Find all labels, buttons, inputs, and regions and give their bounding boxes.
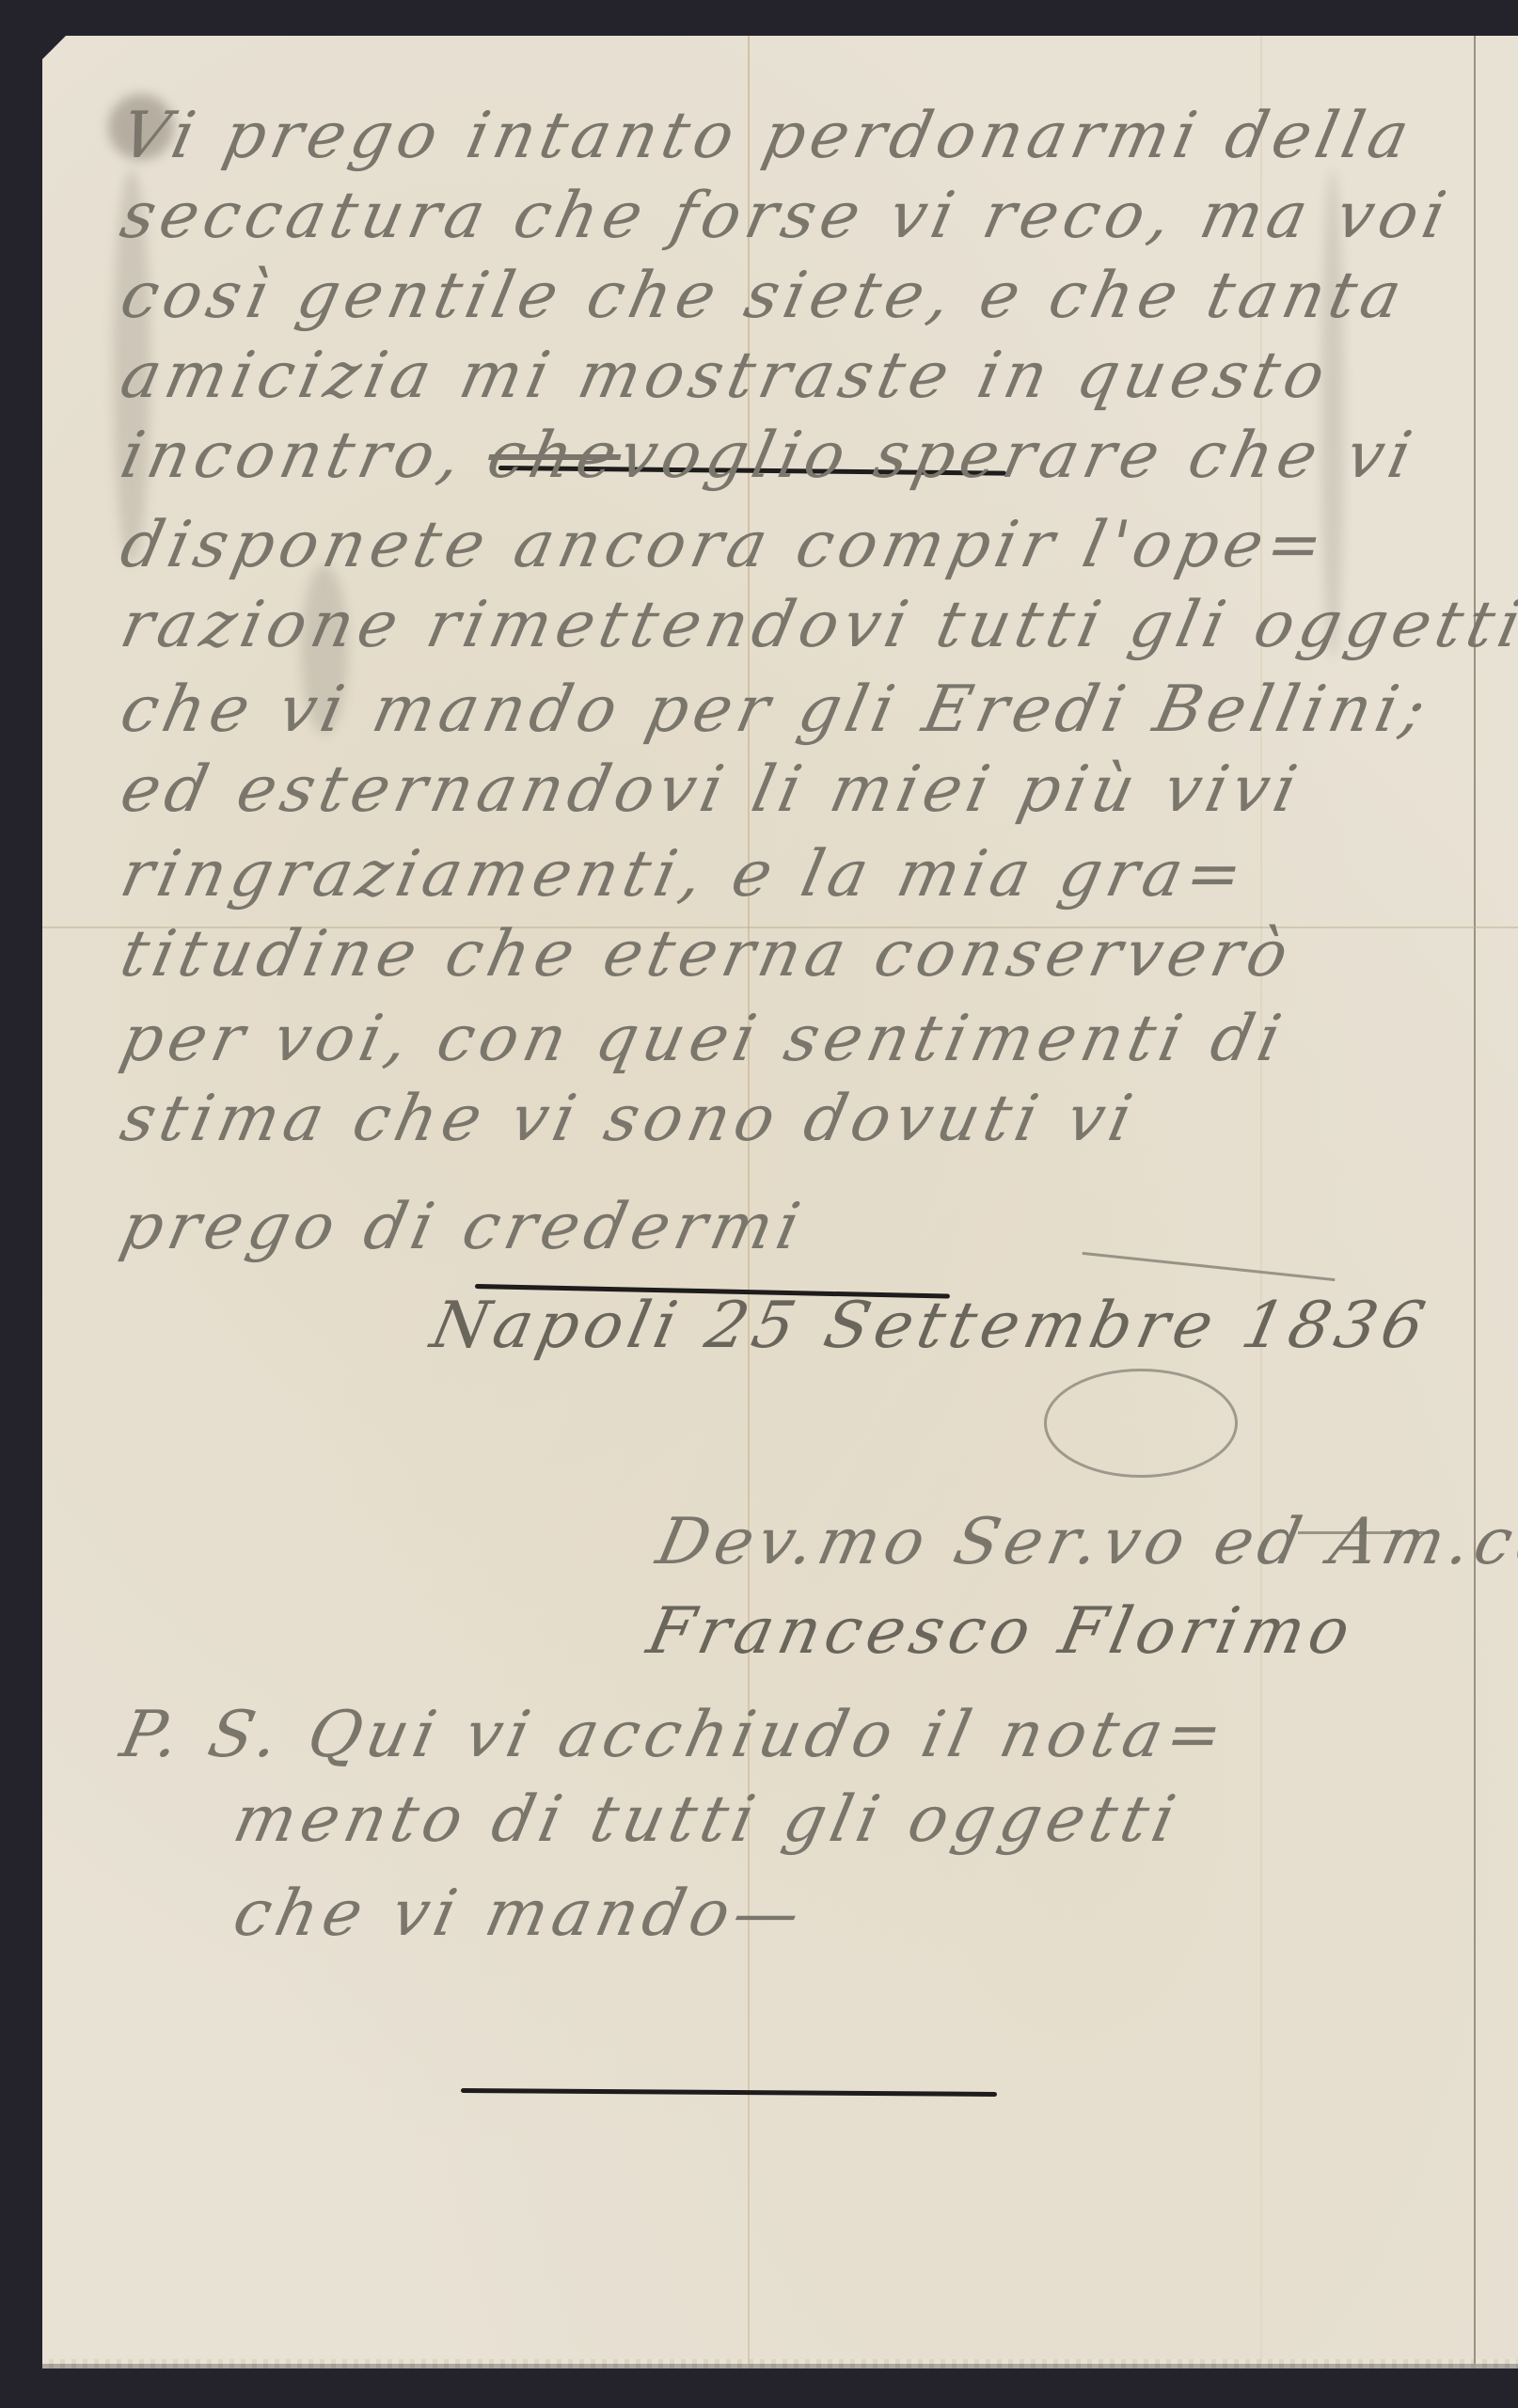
body-line-1: Vi prego intanto perdonarmi della	[115, 99, 1421, 173]
signature: Francesco Florimo	[641, 1594, 1362, 1669]
body-line-6: disponete ancora compir l'ope=	[115, 508, 1336, 582]
paper-torn-bottom-edge	[42, 2359, 1518, 2368]
adjacent-page-edge	[1474, 36, 1476, 2364]
postscript-line-3: che vi mando—	[228, 1877, 813, 1951]
body-line-7: razione rimettendovi tutti gli oggetti	[115, 588, 1518, 662]
postscript-line-1: P. S. Qui vi acchiudo il nota=	[115, 1698, 1235, 1772]
body-line-11: titudine che eterna conserverò	[115, 917, 1300, 991]
struck-word: che	[482, 419, 629, 493]
postscript-line-2: mento di tutti gli oggetti	[228, 1782, 1188, 1857]
date-flourish	[1044, 1369, 1238, 1478]
body-line-13: stima che vi sono dovuti vi	[115, 1082, 1145, 1156]
closing-salutation: Dev.mo Ser.vo ed Am.co	[651, 1505, 1518, 1579]
body-line-12: per voi, con quei sentimenti di	[115, 1002, 1293, 1076]
body-line-14: prego di credermi	[115, 1190, 812, 1264]
body-line-2: seccatura che forse vi reco, ma voi	[115, 179, 1458, 253]
body-line-4: amicizia mi mostraste in questo	[115, 339, 1337, 413]
body-line-3: così gentile che siete, e che tanta	[115, 259, 1414, 333]
body-line-10: ringraziamenti, e la mia gra=	[115, 837, 1255, 911]
body-line-9: ed esternandovi li miei più vivi	[115, 752, 1309, 827]
body-line-5: incontro,	[115, 419, 474, 493]
salutation-dash	[1298, 1531, 1430, 1534]
body-line-5b: voglio sperare che vi	[613, 419, 1424, 493]
place-date: Napoli 25 Settembre 1836	[425, 1289, 1437, 1363]
body-line-8: che vi mando per gli Eredi Bellini;	[115, 673, 1438, 747]
